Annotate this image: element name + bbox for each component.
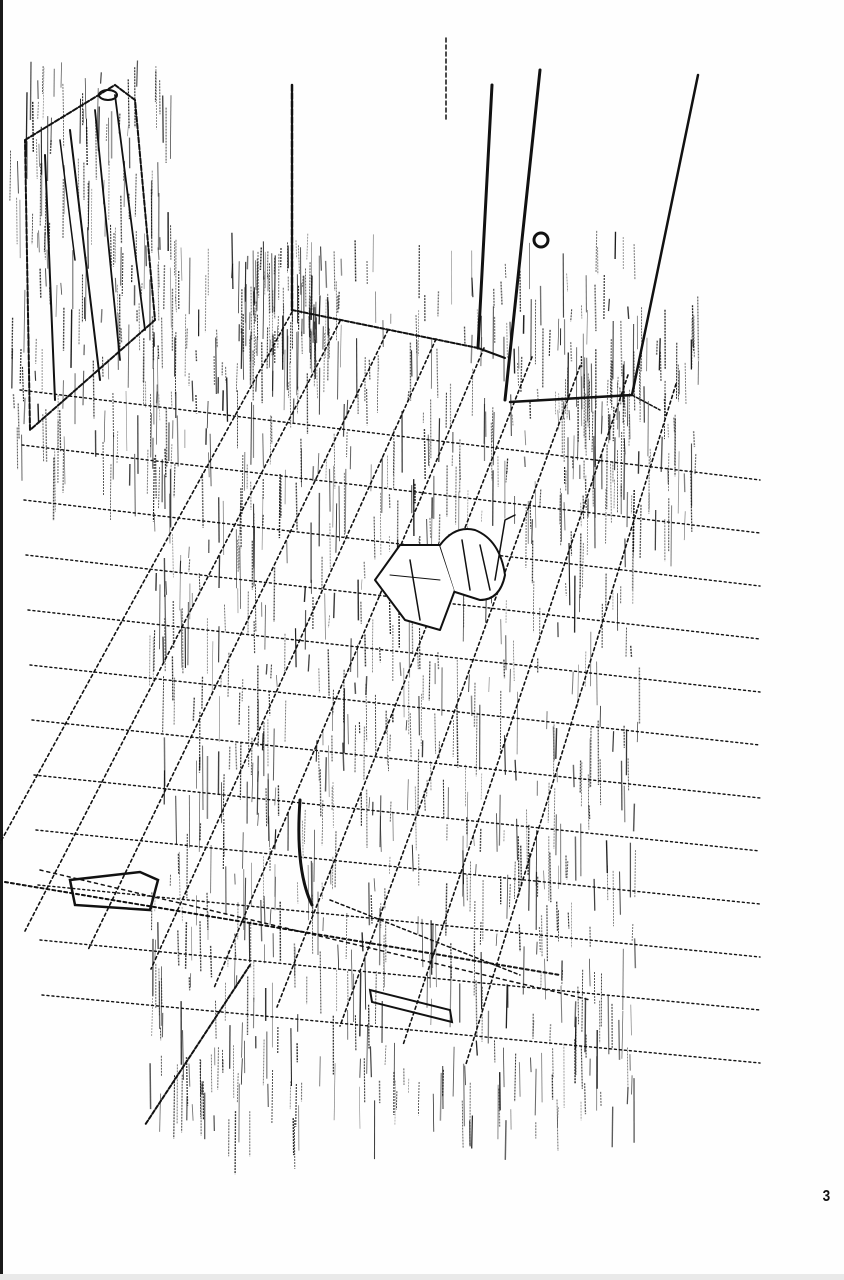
scan-bottom-edge <box>0 1274 844 1280</box>
page-number: 3 <box>823 1188 831 1206</box>
illustration-page: 3 <box>0 0 844 1280</box>
window-curtain <box>25 85 155 430</box>
ink-illustration <box>0 0 844 1280</box>
crouching-figure <box>375 515 515 630</box>
vertical-hatching <box>10 61 699 1175</box>
floor-edge <box>5 800 590 1125</box>
room-walls <box>292 38 698 410</box>
door-knob-icon <box>534 233 548 247</box>
